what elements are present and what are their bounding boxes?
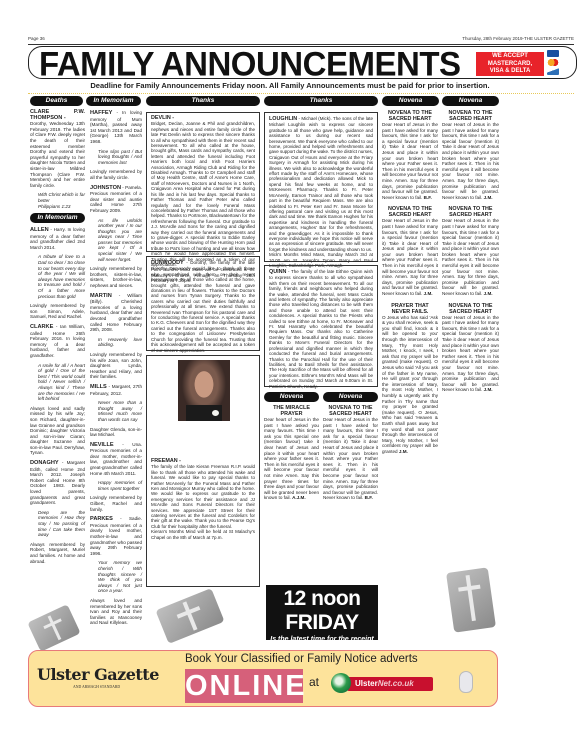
death-notice-body: Dorothy, Wednesday 13th February 2019. T… <box>30 121 85 188</box>
novena-column-5: NOVENA TO THE SACRED HEART Dear Heart of… <box>382 110 438 458</box>
thanks-notice-quinn: QUINN - The family of the late Eithne Qu… <box>264 265 378 387</box>
at-label: at <box>309 675 319 689</box>
in-memoriam-heading: In Memoriam <box>30 213 85 223</box>
banner-headline: Book Your Classified or Family Notice ad… <box>185 653 418 665</box>
divider <box>28 93 574 94</box>
tab-thanks-right: Thanks <box>264 96 378 106</box>
ulster-gazette-logo: Ulster Gazette <box>37 665 159 684</box>
globe-icon <box>331 673 351 693</box>
thanks-notice-dunwoody: DUNWOODY - Dorothy, the family of the la… <box>146 256 260 351</box>
deaths-column: CLARE P.W. THOMPSON - Dorothy, Wednesday… <box>30 110 85 568</box>
thanks-notice-devlin: DEVLIN - Bridget, Declan, Joanne & Phil … <box>146 112 260 252</box>
memoriam-column: HAFFEY - In loving memory of Mum (Martha… <box>90 110 142 630</box>
bible-icon <box>155 588 224 644</box>
tab-thanks-left: Thanks <box>146 96 260 106</box>
tab-deaths: Deaths <box>30 96 83 106</box>
ulsternet-link[interactable]: UlsterNet.co.uk <box>347 677 433 691</box>
novena-sacred-heart: NOVENA TO THE SACRED HEART Dear Heart of… <box>323 405 378 505</box>
logo-subtitle: AND ARMAGH STANDARD <box>73 685 120 689</box>
bible-icon <box>27 604 80 652</box>
computer-mouse-icon <box>459 671 473 693</box>
masthead: FAMILY ANNOUNCEMENTS WE ACCEPT MASTERCAR… <box>28 46 577 79</box>
payment-accept-badge: WE ACCEPT MASTERCARD, VISA & DELTA <box>476 52 544 76</box>
memoriam-entry: CLARKE - Ian William, called Home 26th F… <box>30 324 85 359</box>
card-logos <box>547 50 561 77</box>
mastercard-icon <box>547 59 559 66</box>
visa-icon <box>547 50 559 57</box>
friday-deadline-box: 12 noon FRIDAY Is the latest time for th… <box>266 585 378 640</box>
dateline: Thursday, 28th February 2019-THE ULSTER … <box>462 36 574 41</box>
memoriam-entry: DONAGHY - Margaret Edith, called Home 2n… <box>30 460 85 506</box>
death-notice-name: CLARE P.W. THOMPSON - <box>30 110 85 121</box>
section-title: FAMILY ANNOUNCEMENTS <box>39 47 460 81</box>
tab-novena-left: Novena <box>382 96 439 106</box>
portrait-photo <box>178 360 230 421</box>
death-notice-verse: With Christ which is far betterPhilippia… <box>30 192 85 209</box>
novena-miracle-prayer: THE MIRACLE PRAYER Dear heart of Jesus i… <box>264 405 319 505</box>
memoriam-entry: HAFFEY - In loving memory of Mum (Martha… <box>90 110 142 145</box>
online-booking-banner[interactable]: Ulster Gazette AND ARMAGH STANDARD Book … <box>28 650 498 707</box>
memoriam-entry: MARTIN - William (Billy). Cherished memo… <box>90 293 142 333</box>
novena-heading: Novena <box>323 392 378 402</box>
novena-column-6: NOVENA TO THE SACRED HEART Dear Heart of… <box>442 110 499 397</box>
memoriam-entry: NEVILLE - Una. Precious memories of a de… <box>90 442 142 477</box>
memoriam-entry: PARKES - Sadie. Precious memories of a d… <box>90 516 142 556</box>
memoriam-entry: JOHNSTON - Pamela. Precious memories of … <box>90 185 142 214</box>
tab-novena-right: Novena <box>442 96 499 106</box>
deadline-notice: Deadline for Family Announcements Friday… <box>0 81 580 90</box>
page-number: Page 36 <box>28 36 45 41</box>
memoriam-entry: MILLS - Margaret, 27th February, 2012. <box>90 384 142 396</box>
bible-icon <box>446 567 496 632</box>
online-label: ONLINE <box>185 669 303 703</box>
tab-in-memoriam: In Memoriam <box>86 96 141 106</box>
novena-heading: Novena <box>264 392 319 402</box>
thanks-notice-loughlin: LOUGHLIN - Michael (Mick). The sons of t… <box>264 112 378 262</box>
memoriam-entry: ALLEN - Harry. In loving memory of a dea… <box>30 227 85 250</box>
delta-icon <box>547 68 559 75</box>
